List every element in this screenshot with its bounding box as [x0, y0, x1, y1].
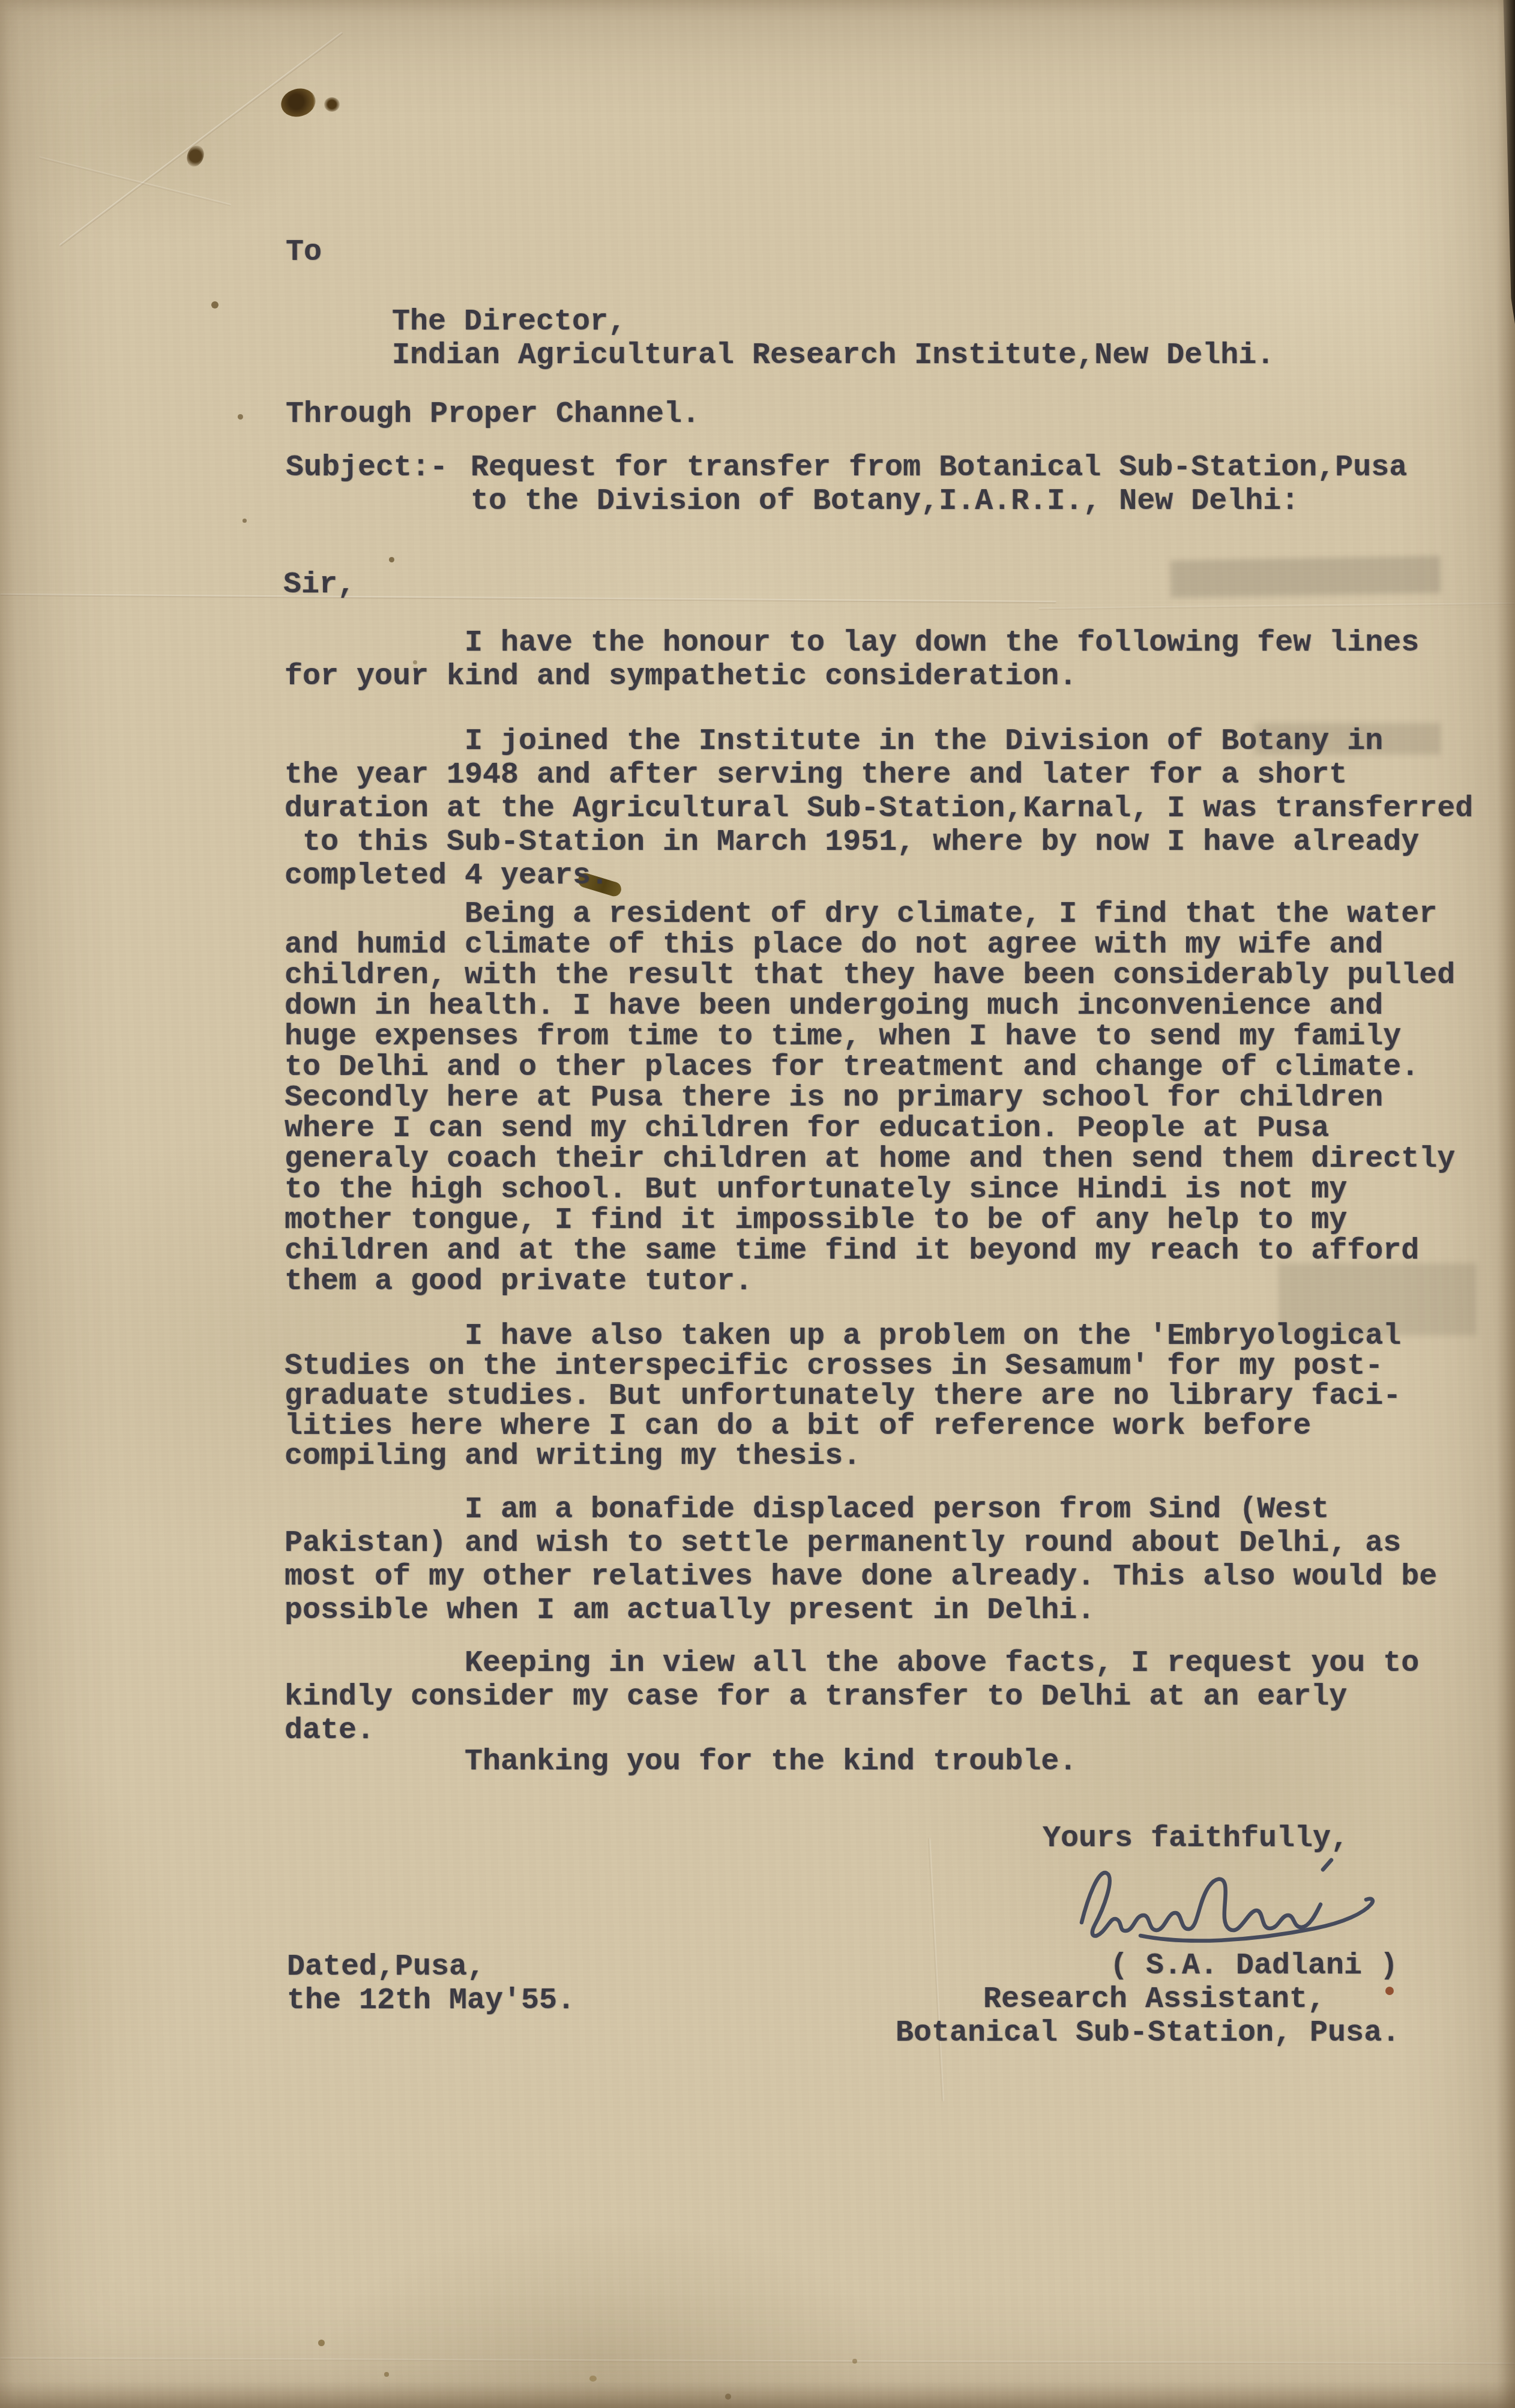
scanned-letter-page: To The Director, Indian Agricultural Res… [0, 0, 1515, 2408]
right-edge-shadow [1497, 0, 1515, 2408]
crease-top-left-diagonal [59, 32, 343, 247]
crease-horizontal-fold-right [1038, 603, 1515, 610]
channel-line: Through Proper Channel. [286, 398, 700, 432]
stain-top-left-chip-2 [324, 97, 340, 112]
speck-4 [389, 557, 394, 562]
signature-sa-dadlani [1056, 1852, 1393, 1954]
station-line: Botanical Sub-Station, Pusa. [896, 2017, 1400, 2050]
speck-bottom-3 [589, 2376, 597, 2382]
crease-horizontal-fold [0, 594, 1056, 603]
title-line: Research Assistant, [983, 1983, 1325, 2017]
dateline: Dated,Pusa, the 12th May'55. [287, 1951, 575, 2018]
paragraph-3: Being a resident of dry climate, I find … [285, 899, 1455, 1297]
ghost-text-smudge-1 [1170, 556, 1441, 598]
typed-name: ( S.A. Dadlani ) [1110, 1949, 1398, 1983]
paragraph-5: I am a bonafide displaced person from Si… [285, 1493, 1437, 1628]
signature-stroke-main [1082, 1873, 1321, 1936]
subject-label: Subject:- [286, 451, 448, 485]
speck-6 [242, 519, 247, 523]
stain-top-left-chip-3 [184, 143, 207, 169]
speck-bottom-1 [318, 2340, 325, 2346]
speck-1 [211, 301, 218, 309]
speck-2 [238, 414, 243, 420]
paragraph-6: Keeping in view all the above facts, I r… [285, 1647, 1419, 1748]
stain-red-dot-right-of-title [1385, 1987, 1394, 1995]
scan-edge-top-right [1497, 0, 1515, 324]
crease-top-left-small [38, 156, 231, 206]
salutation: Sir, [283, 568, 355, 602]
paragraph-4: I have also taken up a problem on the 'E… [285, 1322, 1401, 1472]
speck-bottom-4 [852, 2359, 857, 2364]
thanks-line: Thanking you for the kind trouble. [465, 1745, 1077, 1779]
speck-bottom-5 [725, 2394, 731, 2400]
subject-text: Request for transfer from Botanical Sub-… [471, 451, 1407, 519]
paragraph-2: I joined the Institute in the Division o… [285, 725, 1473, 893]
paragraph-1: I have the honour to lay down the follow… [285, 627, 1419, 694]
crease-signature-vertical [928, 1838, 944, 2102]
recipient-block: The Director, Indian Agricultural Resear… [392, 306, 1274, 373]
valediction: Yours faithfully, [1043, 1822, 1349, 1856]
signature-stroke-flourish [1140, 1899, 1373, 1941]
to-label: To [286, 236, 322, 269]
speck-bottom-2 [384, 2372, 389, 2377]
stain-top-left-chip-1 [278, 85, 319, 120]
bottom-edge-shadow [0, 2380, 1515, 2408]
crease-bottom-fold [0, 2358, 1515, 2365]
signature-stroke-accent [1323, 1860, 1331, 1870]
